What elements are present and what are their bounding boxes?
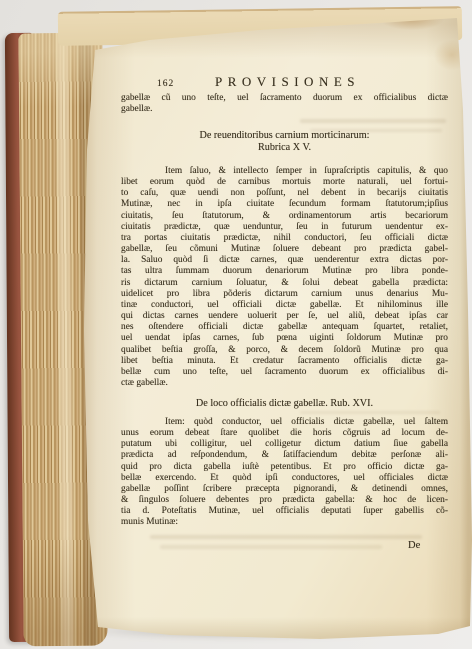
chapter-xv-paragraph: Item ſaluo, & intellecto ſemper in ſupra… <box>121 166 448 389</box>
text-line: gabellæ poſſint ſcribere præcepta pignor… <box>121 484 448 495</box>
text-line: munis Mutinæ: <box>121 517 448 528</box>
text-line: ctæ gabellæ. <box>121 378 448 389</box>
text-line: to caſu, quæ uendi non poſſunt, nel debe… <box>121 188 448 199</box>
text-line: Item: quòd conductor, uel officialis dic… <box>121 417 448 428</box>
text-line: Mutinæ, nec in ipſa ciuitate ſecundum fo… <box>121 199 448 210</box>
text-line: putatum ubi colligitur, uel colligetur d… <box>121 439 448 450</box>
text-line: qui dictas carnes uendere uoluerit per ſ… <box>121 311 448 322</box>
text-line: nes oſtendere officiali dictæ gabellæ an… <box>121 322 448 333</box>
chapter-xvi-paragraph: Item: quòd conductor, uel officialis dic… <box>121 417 448 529</box>
showthrough-smudge <box>310 129 442 132</box>
text-line: libet eorum quòd de carnibus mortuis mor… <box>121 177 448 188</box>
text-line: libet beſtia minuta. Et credatur ſacrame… <box>121 356 448 367</box>
text-line: ciuitatis, ſeu ſtatutorum, & ordinamento… <box>121 211 448 222</box>
catchword: De <box>408 540 420 551</box>
text-line: tas ultra ſummam duorum denariorum Mutin… <box>121 266 448 277</box>
text-line: ris dictarum carnium ſoluatur, & ſolui d… <box>121 278 448 289</box>
intro-paragraph: gabellæ cũ uno teſte, uel ſacramento duo… <box>121 93 448 115</box>
text-line: qualibet beſtia groſſa, & porco, & decem… <box>121 345 448 356</box>
text-line: gabellæ. <box>121 104 448 115</box>
showthrough-smudge <box>300 411 440 414</box>
text-line: bellæ exercendo. Et quòd ipſi conductore… <box>121 473 448 484</box>
showthrough-smudge <box>300 119 446 123</box>
text-line: tia d. Poteſtatis Mutinæ, uel officialis… <box>121 506 448 517</box>
text-line: Item ſaluo, & intellecto ſemper in ſupra… <box>121 166 448 177</box>
text-line: prædicta ad reſpondendum, & ſatiſfaciend… <box>121 450 448 461</box>
text-line: uidelicet pro libra põderis dictarum car… <box>121 289 448 300</box>
running-header: 162 PROVISIONES <box>121 76 448 92</box>
rubric-xvi-heading: De loco officialis dictæ gabellæ. Rub. X… <box>121 398 448 409</box>
text-line: uel uendat ipſas carnes, ſub pœna uigint… <box>121 333 448 344</box>
text-line: bellæ cum uno teſte, uel ſacramento duor… <box>121 367 448 378</box>
text-line: la. Saluo quòd ſi dictæ carnes, quæ uend… <box>121 255 448 266</box>
text-line: gabellæ cũ uno teſte, uel ſacramento duo… <box>121 93 448 104</box>
rubric-xv-heading: De reuenditoribus carnium morticinarum: … <box>121 130 448 155</box>
text-line: ciuitatis prædictæ, quæ uenduntur, ſeu i… <box>121 222 448 233</box>
text-line: quid pro dicta gabella iuſtè petentibus.… <box>121 462 448 473</box>
text-line: & ſingulos ſoluere debentes pro prædicta… <box>121 495 448 506</box>
running-title: PROVISIONES <box>121 76 448 87</box>
showthrough-smudge <box>160 545 382 549</box>
text-line: unus eorum debeat ſtare quolibet die hor… <box>121 428 448 439</box>
text-block: 162 PROVISIONES gabellæ cũ uno teſte, ue… <box>121 0 448 649</box>
rubric-xv-number: Rubrica X V. <box>121 142 448 154</box>
text-line: gabellæ, ſeu cõmuni Mutinæ ſoluere debea… <box>121 244 448 255</box>
showthrough-smudge <box>150 535 422 539</box>
book-photo: 162 PROVISIONES gabellæ cũ uno teſte, ue… <box>0 0 472 649</box>
rubric-xvi-title: De loco officialis dictæ gabellæ. Rub. X… <box>121 398 448 409</box>
text-line: tra portas ciuitatis prædictæ, nihil con… <box>121 233 448 244</box>
text-line: tinæ conductori, uel officiali dictæ gab… <box>121 300 448 311</box>
